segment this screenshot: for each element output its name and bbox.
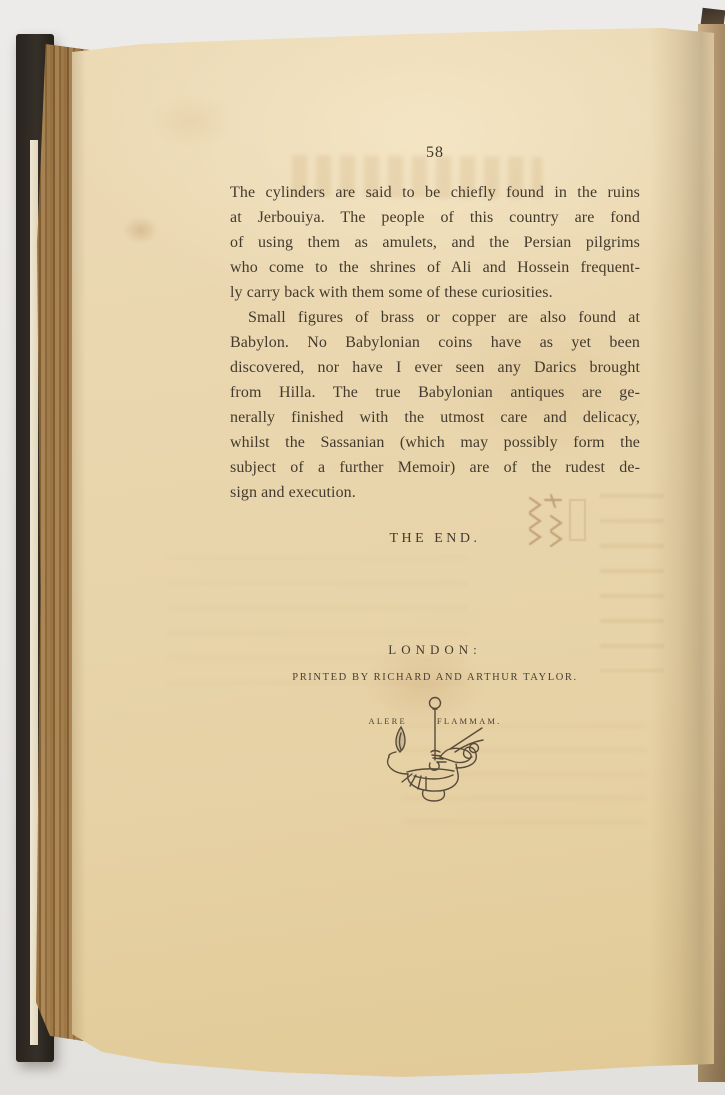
endpaper-edge [30,140,38,1045]
text-line: The cylinders are said to be chiefly fou… [230,180,640,205]
text-line: of using them as amulets, and the Persia… [230,230,640,255]
text-line: sign and execution. [230,480,640,505]
device-motto: ALERE FLAMMAM. [370,716,500,726]
text-line: at Jerbouiya. The people of this country… [230,205,640,230]
device-motto-right: FLAMMAM. [437,716,502,726]
oil-lamp-illustration [370,694,500,812]
text-line: whilst the Sassanian (which may possibly… [230,430,640,455]
text-line: nerally finished with the utmost care an… [230,405,640,430]
page-number: 58 [230,144,640,162]
device-motto-left: ALERE [369,716,407,726]
showthrough-mid-left [167,556,467,691]
text-line: Small figures of brass or copper are als… [230,305,640,330]
the-end-label: THE END. [230,531,640,547]
imprint-city: LONDON: [230,642,640,658]
text-line: Babylon. No Babylonian coins have as yet… [230,330,640,355]
text-line: discovered, nor have I ever seen any Dar… [230,355,640,380]
text-line: ly carry back with them some of these cu… [230,280,640,305]
imprint-printer: PRINTED BY RICHARD AND ARTHUR TAYLOR. [230,672,640,683]
text-line: subject of a further Memoir) are of the … [230,455,640,480]
text-line: who come to the shrines of Ali and Hosse… [230,255,640,280]
printers-device: ALERE FLAMMAM. [370,694,500,834]
text-line: from Hilla. The true Babylonian antiques… [230,380,640,405]
book-page: 58 The cylinders are said to be chiefly … [72,26,714,1078]
